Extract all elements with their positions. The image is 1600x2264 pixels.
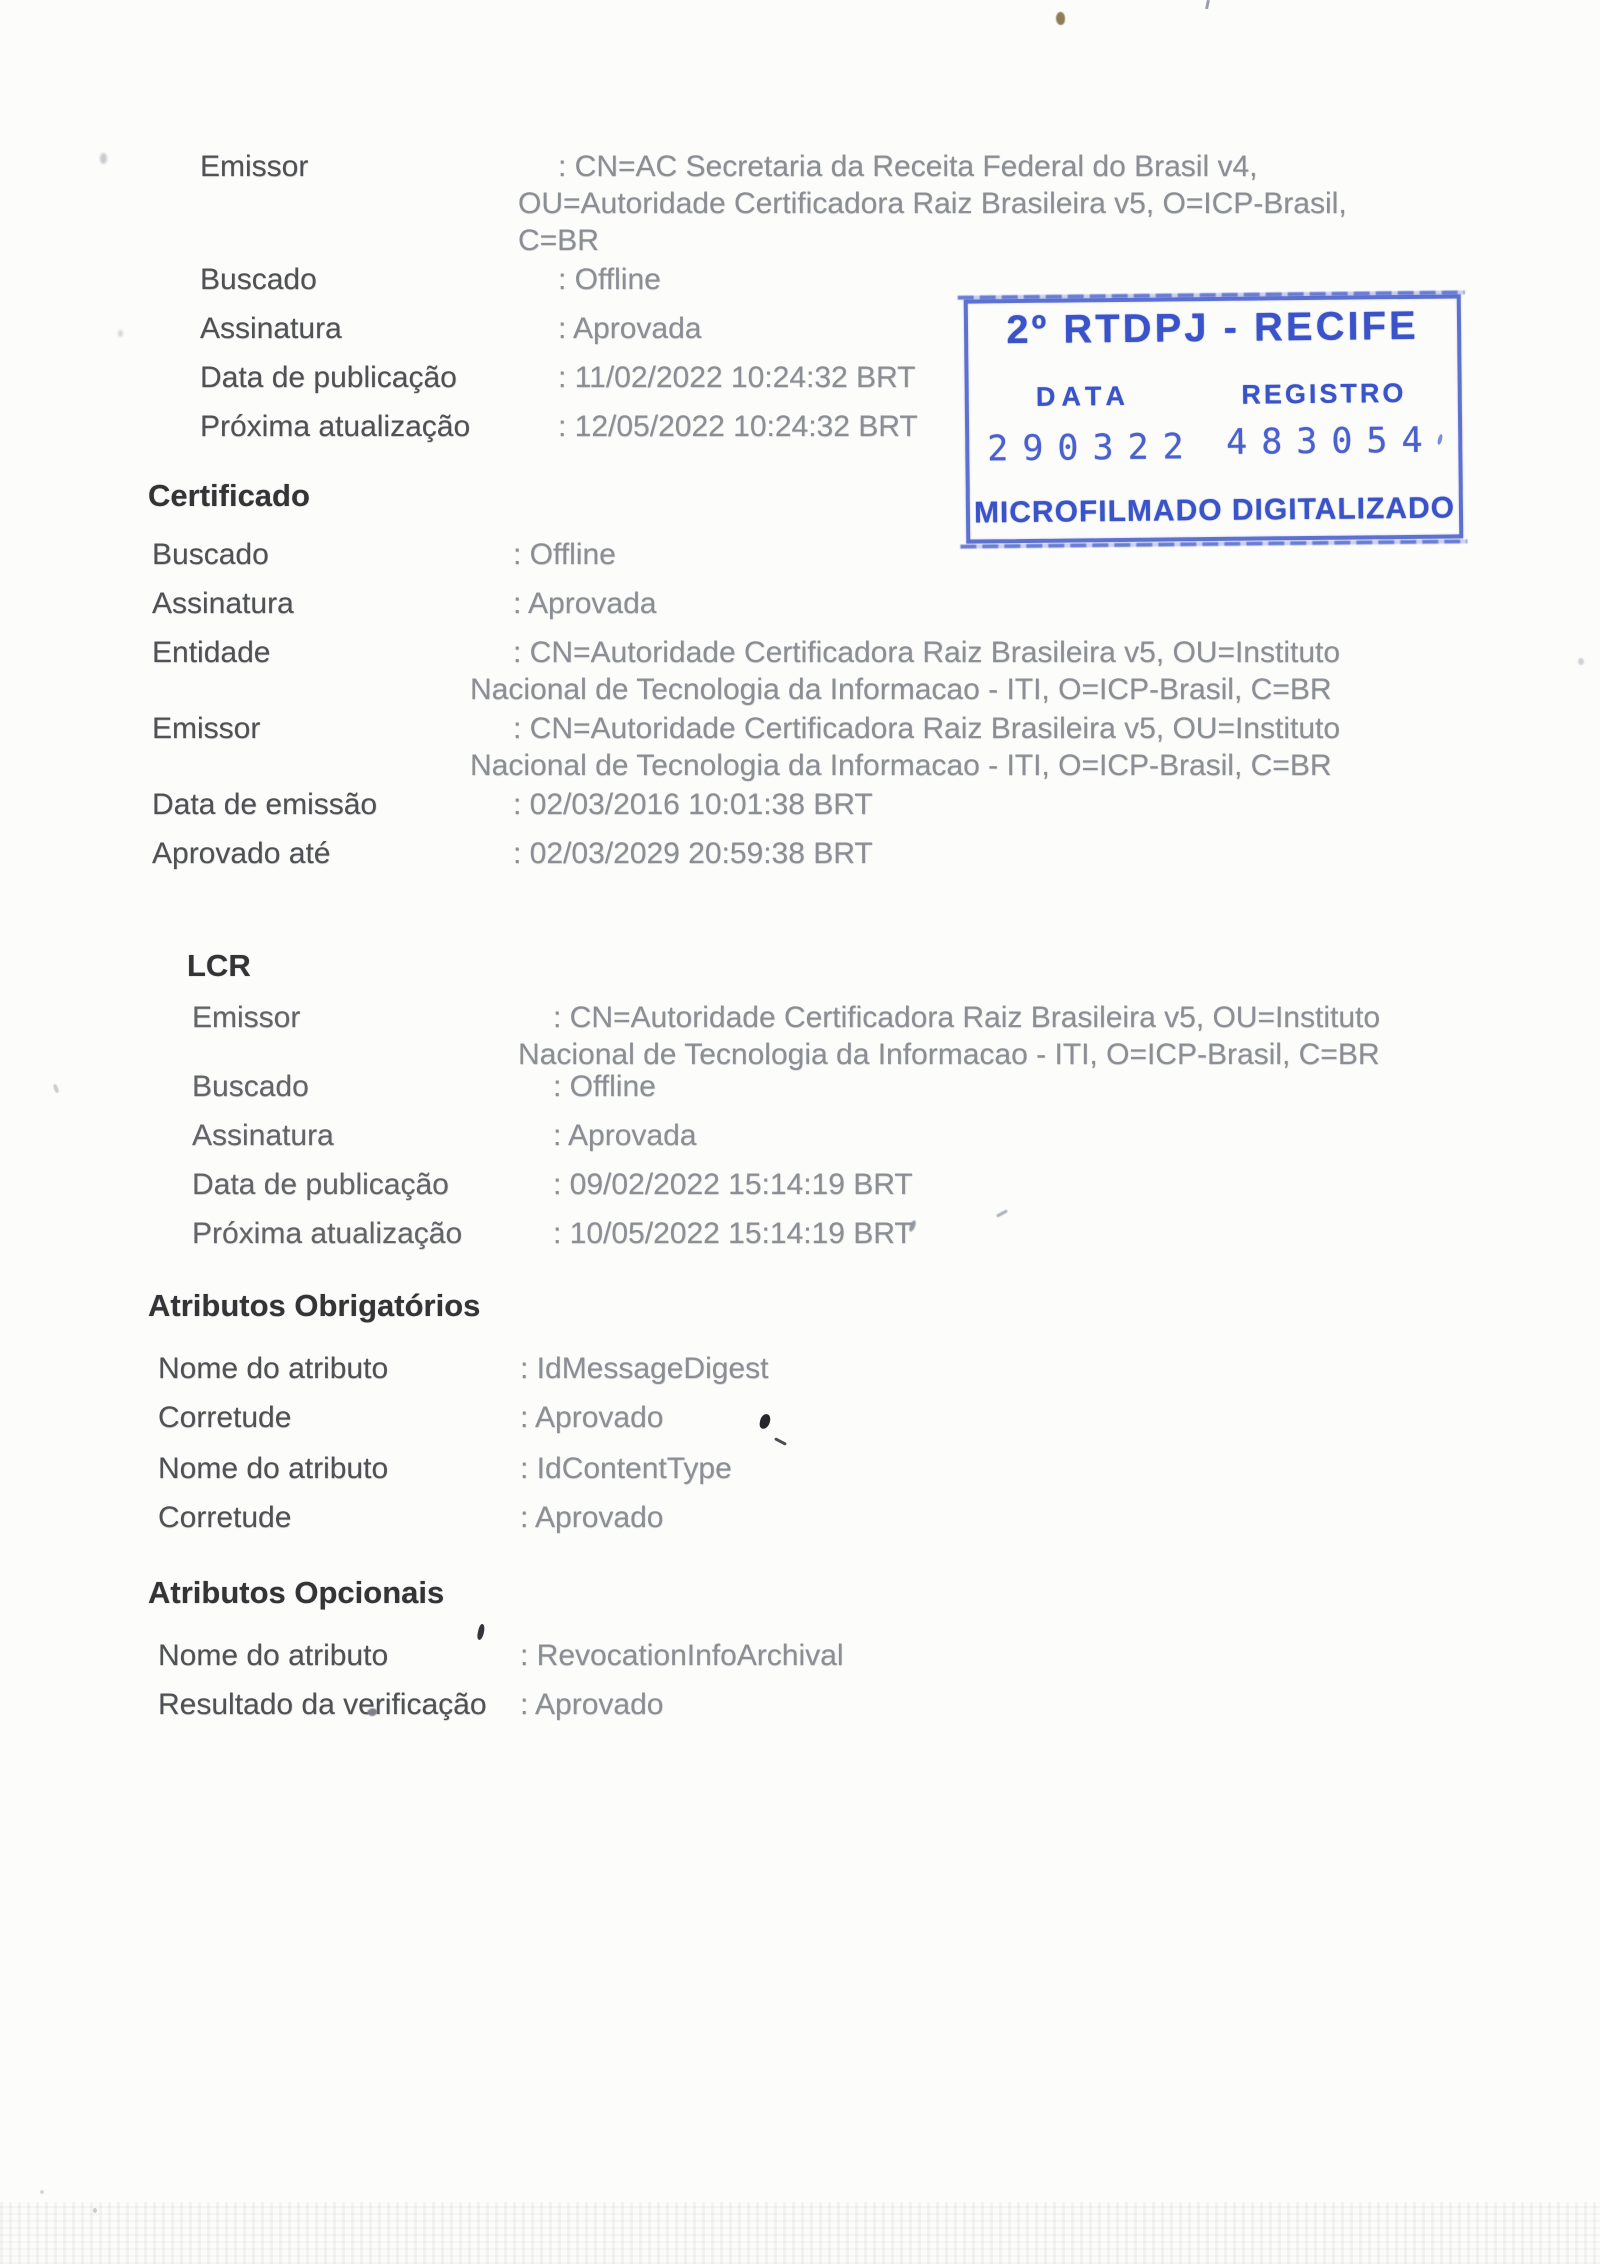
field-label: Data de emissão: [152, 786, 470, 823]
field-label: Buscado: [192, 1068, 518, 1105]
stamp-columns: DATA 290322 REGISTRO 483054: [973, 377, 1455, 469]
notary-stamp: 2º RTDPJ - RECIFE DATA 290322 REGISTRO 4…: [964, 294, 1464, 543]
field-row: Próxima atualização: 10/05/2022 15:14:19…: [192, 1215, 1600, 1252]
field-value: : 02/03/2016 10:01:38 BRT: [470, 786, 1600, 823]
field-row: Corretude: Aprovado: [158, 1499, 1600, 1536]
field-label: Buscado: [152, 536, 470, 573]
stamp-title: 2º RTDPJ - RECIFE: [972, 303, 1453, 353]
field-label: Nome do atributo: [158, 1450, 520, 1487]
field-value: : Aprovada: [470, 585, 1600, 622]
field-row: Data de publicação: 09/02/2022 15:14:19 …: [192, 1166, 1600, 1203]
stamp-registro-column: REGISTRO 483054: [1194, 377, 1455, 467]
field-value: : RevocationInfoArchival: [520, 1637, 1600, 1674]
field-label: Resultado da verificação: [158, 1686, 520, 1723]
field-value: : CN=AC Secretaria da Receita Federal do…: [518, 148, 1600, 259]
field-value: : Aprovada: [518, 1117, 1600, 1154]
field-row: Resultado da verificação: Aprovado: [158, 1686, 1600, 1723]
field-label: Próxima atualização: [192, 1215, 518, 1252]
field-value: : IdContentType: [520, 1450, 1600, 1487]
ink-speck: [40, 2190, 44, 2194]
field-label: Aprovado até: [152, 835, 470, 872]
field-label: Assinatura: [152, 585, 470, 622]
ink-speck: [1056, 12, 1065, 25]
field-row: Nome do atributo: IdMessageDigest: [158, 1350, 1600, 1387]
stamp-registro-label: REGISTRO: [1194, 377, 1454, 411]
section-atributos-opcionais: Atributos OpcionaisNome do atributo: Rev…: [0, 1575, 1600, 1735]
field-label: Buscado: [200, 261, 518, 298]
field-label: Entidade: [152, 634, 470, 708]
field-row: Emissor: CN=AC Secretaria da Receita Fed…: [200, 148, 1600, 259]
field-label: Nome do atributo: [158, 1350, 520, 1387]
field-row: Emissor: CN=Autoridade Certificadora Rai…: [152, 710, 1600, 784]
section-title: Atributos Opcionais: [148, 1575, 1600, 1611]
field-value: : Offline: [518, 1068, 1600, 1105]
field-value: : CN=Autoridade Certificadora Raiz Brasi…: [518, 999, 1600, 1073]
stamp-data-column: DATA 290322: [973, 380, 1195, 469]
field-label: Assinatura: [192, 1117, 518, 1154]
field-label: Corretude: [158, 1399, 520, 1436]
field-value: : IdMessageDigest: [520, 1350, 1600, 1387]
field-label: Emissor: [192, 999, 518, 1073]
section-title: LCR: [187, 948, 1600, 984]
field-value: : 02/03/2029 20:59:38 BRT: [470, 835, 1600, 872]
field-value: : CN=Autoridade Certificadora Raiz Brasi…: [470, 634, 1600, 708]
field-label: Emissor: [152, 710, 470, 784]
field-label: Próxima atualização: [200, 408, 518, 445]
field-value: : 09/02/2022 15:14:19 BRT: [518, 1166, 1600, 1203]
field-row: Buscado: Offline: [192, 1068, 1600, 1105]
field-row: Aprovado até: 02/03/2029 20:59:38 BRT: [152, 835, 1600, 872]
field-label: Data de publicação: [192, 1166, 518, 1203]
field-row: Nome do atributo: IdContentType: [158, 1450, 1600, 1487]
scan-noise-band: [0, 2202, 1600, 2264]
scanned-document-page: { "document": { "sections": [ { "id": "t…: [0, 0, 1600, 2264]
field-row: Emissor: CN=Autoridade Certificadora Rai…: [192, 999, 1600, 1073]
field-label: Corretude: [158, 1499, 520, 1536]
field-row: Corretude: Aprovado: [158, 1399, 1600, 1436]
field-row: Assinatura: Aprovada: [152, 585, 1600, 622]
stamp-data-value: 290322: [973, 427, 1195, 469]
ink-speck: [1205, 0, 1210, 9]
section-title: Atributos Obrigatórios: [148, 1288, 1600, 1324]
field-value: : Aprovado: [520, 1499, 1600, 1536]
field-value: : CN=Autoridade Certificadora Raiz Brasi…: [470, 710, 1600, 784]
field-value: : 10/05/2022 15:14:19 BRT: [518, 1215, 1600, 1252]
stamp-footer: MICROFILMADO DIGITALIZADO: [974, 491, 1455, 530]
field-value: : Aprovado: [520, 1399, 1600, 1436]
field-label: Data de publicação: [200, 359, 518, 396]
field-row: Nome do atributo: RevocationInfoArchival: [158, 1637, 1600, 1674]
stamp-registro-value: 483054: [1194, 420, 1454, 463]
field-value: : Aprovado: [520, 1686, 1600, 1723]
stamp-data-label: DATA: [973, 380, 1195, 413]
section-atributos-obrigatorios: Atributos ObrigatóriosNome do atributo: …: [0, 1288, 1600, 1548]
field-row: Assinatura: Aprovada: [192, 1117, 1600, 1154]
field-label: Emissor: [200, 148, 518, 259]
field-label: Assinatura: [200, 310, 518, 347]
field-row: Data de emissão: 02/03/2016 10:01:38 BRT: [152, 786, 1600, 823]
field-row: Entidade: CN=Autoridade Certificadora Ra…: [152, 634, 1600, 708]
notary-stamp-inner: 2º RTDPJ - RECIFE DATA 290322 REGISTRO 4…: [968, 298, 1459, 539]
field-label: Nome do atributo: [158, 1637, 520, 1674]
section-lcr: LCREmissor: CN=Autoridade Certificadora …: [0, 948, 1600, 1264]
